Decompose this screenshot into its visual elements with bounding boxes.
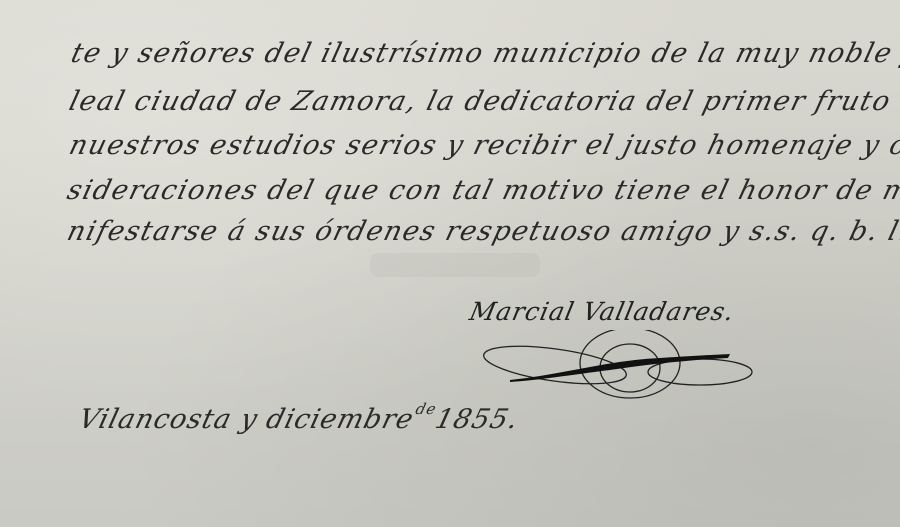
letter-line-4: sideraciones del que con tal motivo tien… [64,175,900,206]
letter-line-5: nifestarse á sus órdenes respetuoso amig… [64,216,900,247]
letter-line-2: leal ciudad de Zamora, la dedicatoria de… [66,86,900,117]
bleed-through-mark [370,253,540,277]
date-year: 1855. [432,404,522,435]
date-superscript: de [414,400,439,418]
letter-line-1: te y señores del ilustrísimo municipio d… [68,38,900,69]
letter-line-3: nuestros estudios serios y recibir el ju… [66,130,900,161]
signature-rubric-icon [470,330,770,410]
date-month: diciembre [263,404,417,435]
place-name: Vilancosta [76,404,236,435]
place-date: Vilancosta y diciembrede1855. [76,400,523,435]
date-connector: y [237,404,261,435]
signature-name: Marcial Valladares. [467,297,737,326]
